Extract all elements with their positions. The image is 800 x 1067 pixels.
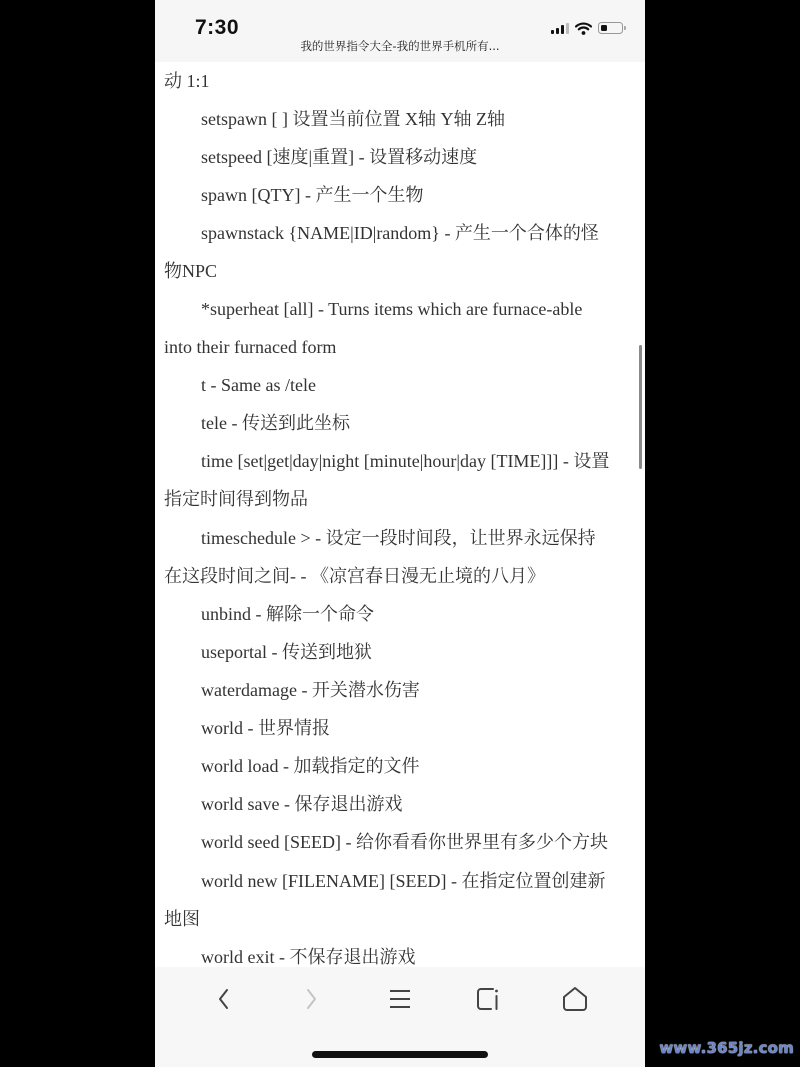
browser-toolbar bbox=[155, 967, 645, 1067]
hamburger-menu-icon bbox=[389, 989, 411, 1009]
text-line: 物NPC bbox=[164, 252, 217, 290]
forward-button[interactable] bbox=[291, 981, 331, 1017]
text-line: *superheat [all] - Turns items which are… bbox=[201, 290, 582, 328]
text-line: 地图 bbox=[164, 900, 200, 938]
home-icon bbox=[562, 986, 588, 1012]
chevron-left-icon bbox=[217, 988, 231, 1010]
text-line: spawnstack {NAME|ID|random} - 产生一个合体的怪 bbox=[201, 214, 599, 252]
menu-button[interactable] bbox=[380, 981, 420, 1017]
text-line: unbind - 解除一个命令 bbox=[201, 595, 374, 633]
text-line: 动 1:1 bbox=[164, 62, 210, 100]
watermark: www.365jz.com bbox=[659, 1039, 794, 1057]
text-line: world new [FILENAME] [SEED] - 在指定位置创建新 bbox=[201, 862, 605, 900]
phone-screen: 7:30 我的世界指令大全-我的世界手机所有... bbox=[155, 0, 645, 1067]
chevron-right-icon bbox=[304, 988, 318, 1010]
text-line: waterdamage - 开关潜水伤害 bbox=[201, 671, 420, 709]
home-button[interactable] bbox=[555, 981, 595, 1017]
text-line: spawn [QTY] - 产生一个生物 bbox=[201, 176, 423, 214]
text-line: useportal - 传送到地狱 bbox=[201, 633, 372, 671]
text-line: setspawn [ ] 设置当前位置 X轴 Y轴 Z轴 bbox=[201, 100, 505, 138]
text-line: setspeed [速度|重置] - 设置移动速度 bbox=[201, 138, 477, 176]
text-line: 在这段时间之间- - 《凉宫春日漫无止境的八月》 bbox=[164, 557, 545, 595]
text-line: world exit - 不保存退出游戏 bbox=[201, 938, 415, 967]
wifi-icon bbox=[575, 22, 592, 35]
article-content: 动 1:1 setspawn [ ] 设置当前位置 X轴 Y轴 Z轴 setsp… bbox=[155, 62, 645, 967]
text-line: world seed [SEED] - 给你看看你世界里有多少个方块 bbox=[201, 823, 608, 861]
text-line: 指定时间得到物品 bbox=[164, 480, 308, 518]
tabs-icon bbox=[476, 987, 500, 1011]
status-icons bbox=[551, 21, 623, 35]
scrollbar[interactable] bbox=[639, 345, 642, 469]
text-line: world load - 加载指定的文件 bbox=[201, 747, 419, 785]
text-line: tele - 传送到此坐标 bbox=[201, 404, 350, 442]
screenshot-stage: 7:30 我的世界指令大全-我的世界手机所有... bbox=[0, 0, 800, 1067]
text-line: world - 世界情报 bbox=[201, 709, 330, 747]
text-line: world save - 保存退出游戏 bbox=[201, 785, 402, 823]
text-line: into their furnaced form bbox=[164, 328, 336, 366]
status-time: 7:30 bbox=[195, 16, 239, 40]
battery-low-icon bbox=[598, 22, 623, 34]
status-bar: 7:30 我的世界指令大全-我的世界手机所有... bbox=[155, 0, 645, 62]
text-line: time [set|get|day|night [minute|hour|day… bbox=[201, 442, 609, 480]
text-line: timeschedule > - 设定一段时间段，让世界永远保持 bbox=[201, 519, 596, 557]
back-button[interactable] bbox=[204, 981, 244, 1017]
text-line: t - Same as /tele bbox=[201, 366, 316, 404]
cellular-signal-icon bbox=[551, 22, 569, 34]
home-indicator-bar[interactable] bbox=[312, 1051, 488, 1058]
page-title[interactable]: 我的世界指令大全-我的世界手机所有... bbox=[155, 38, 645, 54]
tabs-button[interactable] bbox=[468, 981, 508, 1017]
